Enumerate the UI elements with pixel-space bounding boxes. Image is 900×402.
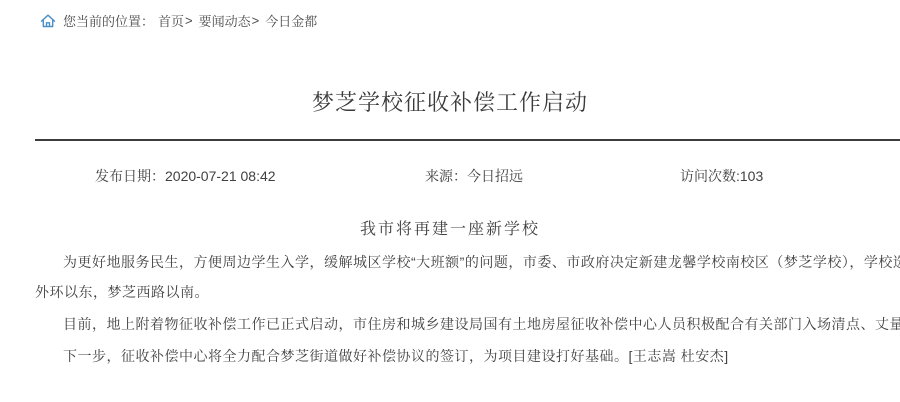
publish-date: 发布日期：2020-07-21 08:42 xyxy=(95,166,276,186)
article-page: 您当前的位置： 首页 > 要闻动态 > 今日金都 梦芝学校征收补偿工作启动 发布… xyxy=(0,0,900,402)
visit-count-label: 访问次数: xyxy=(680,168,740,184)
breadcrumb-prefix: 您当前的位置： xyxy=(63,11,154,30)
visit-count: 访问次数:103 xyxy=(680,166,763,186)
visit-count-value: 103 xyxy=(740,168,763,184)
home-icon xyxy=(40,13,56,29)
breadcrumb-item-news[interactable]: 要闻动态 xyxy=(199,11,251,30)
paragraph-line: 目前，地上附着物征收补偿工作已正式启动，市住房和城乡建设局国有土地房屋征收补偿中… xyxy=(35,309,900,339)
breadcrumb: 您当前的位置： 首页 > 要闻动态 > 今日金都 xyxy=(40,11,317,30)
breadcrumb-item-home[interactable]: 首页 xyxy=(158,11,184,30)
paragraph-line: 下一步，征收补偿中心将全力配合梦芝街道做好补偿协议的签订，为项目建设打好基础。[… xyxy=(35,341,900,371)
paragraph-line: 为更好地服务民生，方便周边学生入学，缓解城区学校“大班额”的问题，市委、市政府决… xyxy=(35,247,900,277)
paragraph: 目前，地上附着物征收补偿工作已正式启动，市住房和城乡建设局国有土地房屋征收补偿中… xyxy=(35,309,900,339)
article-meta: 发布日期：2020-07-21 08:42 来源：今日招远 访问次数:103 xyxy=(0,166,900,184)
breadcrumb-item-current[interactable]: 今日金都 xyxy=(265,11,317,30)
publish-date-label: 发布日期： xyxy=(95,168,165,184)
publish-date-value: 2020-07-21 08:42 xyxy=(165,168,276,184)
article-source: 来源：今日招远 xyxy=(425,166,523,186)
breadcrumb-separator: > xyxy=(185,13,193,28)
article-source-label: 来源： xyxy=(425,168,467,184)
breadcrumb-separator: > xyxy=(252,13,260,28)
article-source-value: 今日招远 xyxy=(467,168,523,184)
article-subtitle: 我市将再建一座新学校 xyxy=(0,216,900,239)
paragraph: 为更好地服务民生，方便周边学生入学，缓解城区学校“大班额”的问题，市委、市政府决… xyxy=(35,247,900,307)
title-divider xyxy=(35,139,900,141)
article-title: 梦芝学校征收补偿工作启动 xyxy=(0,86,900,117)
article-body: 为更好地服务民生，方便周边学生入学，缓解城区学校“大班额”的问题，市委、市政府决… xyxy=(35,247,900,373)
paragraph-line: 外环以东，梦芝西路以南。 xyxy=(35,277,900,307)
paragraph: 下一步，征收补偿中心将全力配合梦芝街道做好补偿协议的签订，为项目建设打好基础。[… xyxy=(35,341,900,371)
